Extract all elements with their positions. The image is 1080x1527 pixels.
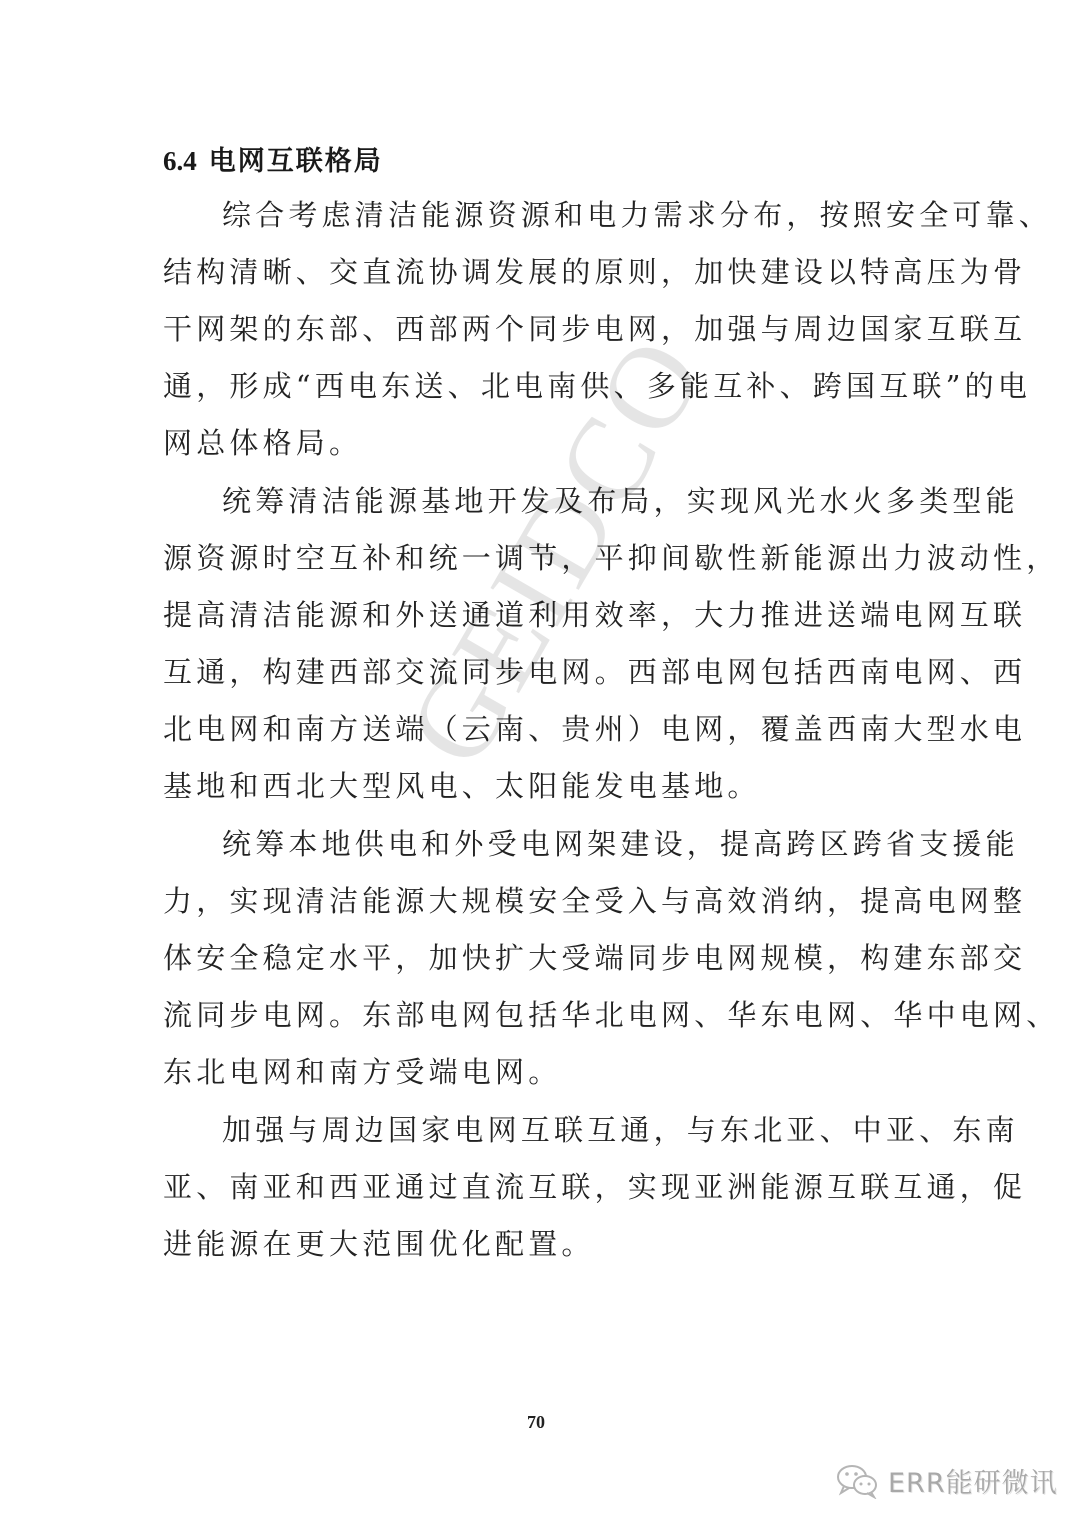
paragraph-3-line-4: 流同步电网。东部电网包括华北电网、华东电网、华中电网、 bbox=[163, 995, 1059, 1035]
paragraph-3-line-3: 体安全稳定水平，加快扩大受端同步电网规模，构建东部交 bbox=[163, 938, 1026, 978]
paragraph-4-line-1: 加强与周边国家电网互联互通，与东北亚、中亚、东南 bbox=[222, 1110, 1019, 1150]
section-title: 电网互联格局 bbox=[209, 146, 383, 177]
paragraph-1-line-3: 干网架的东部、西部两个同步电网，加强与周边国家互联互 bbox=[163, 309, 1026, 349]
paragraph-4-line-3: 进能源在更大范围优化配置。 bbox=[163, 1224, 595, 1264]
wechat-icon bbox=[836, 1463, 880, 1499]
paragraph-1-line-5: 网总体格局。 bbox=[163, 423, 362, 463]
paragraph-1-line-2: 结构清晰、交直流协调发展的原则，加快建设以特高压为骨 bbox=[163, 252, 1026, 292]
paragraph-3-line-5: 东北电网和南方受端电网。 bbox=[163, 1052, 561, 1092]
document-page: 6.4电网互联格局 综合考虑清洁能源资源和电力需求分布，按照安全可靠、 结构清晰… bbox=[0, 0, 1080, 1527]
paragraph-2-line-3: 提高清洁能源和外送通道利用效率，大力推进送端电网互联 bbox=[163, 595, 1026, 635]
paragraph-4-line-2: 亚、南亚和西亚通过直流互联，实现亚洲能源互联互通，促 bbox=[163, 1167, 1026, 1207]
paragraph-3-line-2: 力，实现清洁能源大规模安全受入与高效消纳，提高电网整 bbox=[163, 881, 1026, 921]
paragraph-1-line-1: 综合考虑清洁能源资源和电力需求分布，按照安全可靠、 bbox=[222, 195, 1052, 235]
paragraph-1-line-4: 通，形成“西电东送、北电南供、多能互补、跨国互联”的电 bbox=[163, 366, 1031, 406]
section-number: 6.4 bbox=[163, 146, 197, 176]
paragraph-2-line-1: 统筹清洁能源基地开发及布局，实现风光水火多类型能 bbox=[222, 481, 1019, 521]
paragraph-2-line-6: 基地和西北大型风电、太阳能发电基地。 bbox=[163, 766, 761, 806]
paragraph-2-line-4: 互通，构建西部交流同步电网。西部电网包括西南电网、西 bbox=[163, 652, 1026, 692]
paragraph-2-line-2: 源资源时空互补和统一调节，平抑间歇性新能源出力波动性， bbox=[163, 538, 1059, 578]
paragraph-3-line-1: 统筹本地供电和外受电网架建设，提高跨区跨省支援能 bbox=[222, 824, 1019, 864]
page-number: 70 bbox=[527, 1412, 545, 1433]
source-label: ERR能研微讯 bbox=[888, 1461, 1058, 1500]
paragraph-2-line-5: 北电网和南方送端（云南、贵州）电网，覆盖西南大型水电 bbox=[163, 709, 1026, 749]
section-heading: 6.4电网互联格局 bbox=[163, 143, 383, 180]
source-badge: ERR能研微讯 bbox=[836, 1461, 1058, 1500]
